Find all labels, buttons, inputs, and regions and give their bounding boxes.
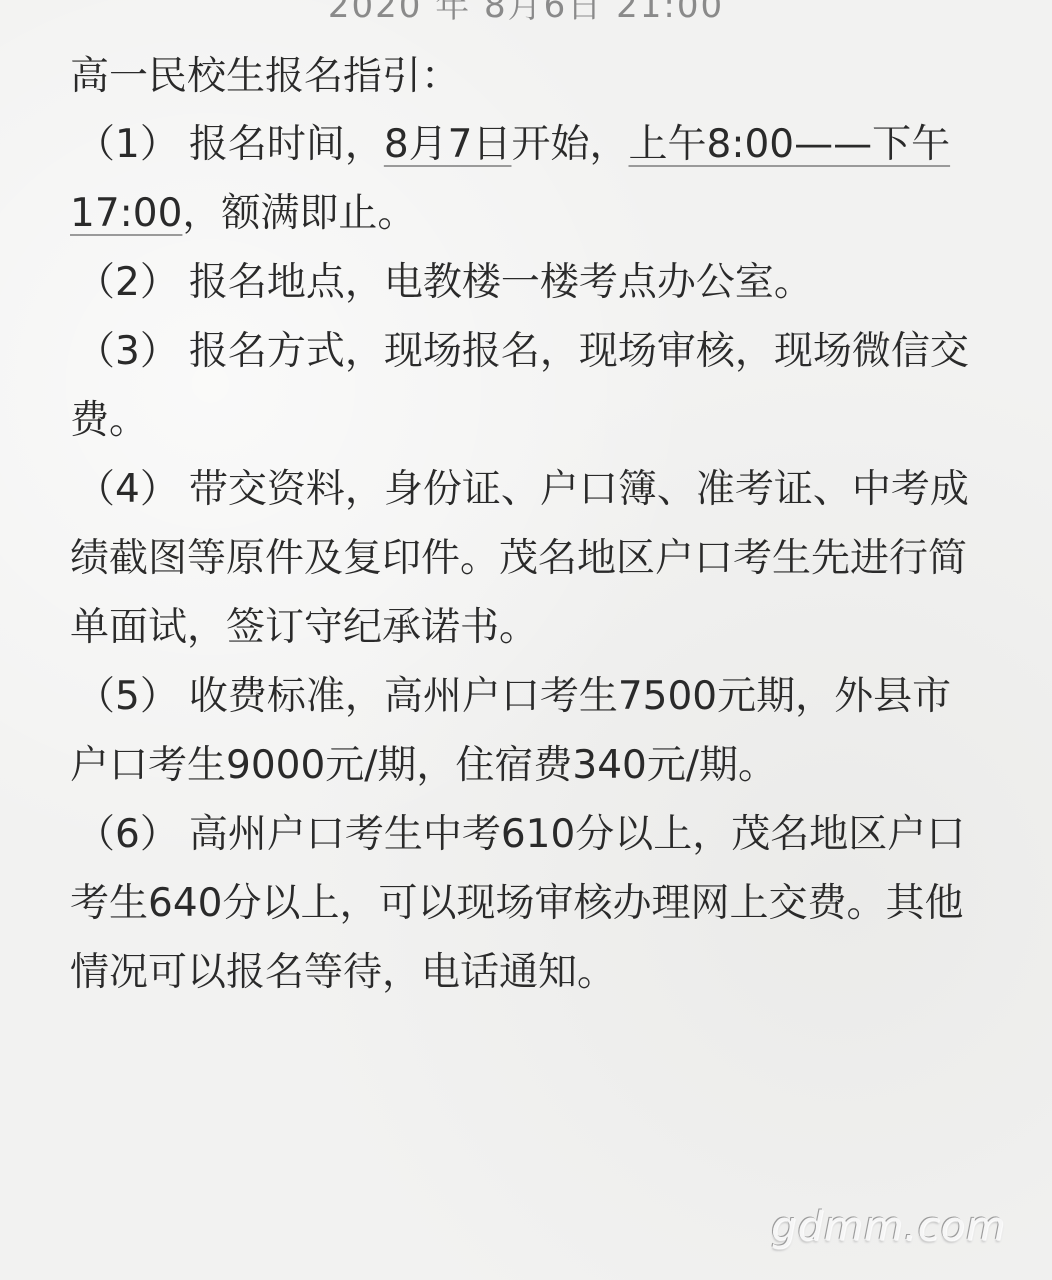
note-body: 高一民校生报名指引： （1）报名时间，8月7日开始，上午8:00——下午17:0…	[70, 44, 990, 1007]
item-text: 高州户口考生中考610分以上，茂名地区户口考生640分以上，可以现场审核办理网上…	[70, 812, 965, 995]
item-number: （1）	[70, 110, 179, 179]
item-text: 报名时间，	[189, 122, 384, 167]
item-text: 报名方式，现场报名，现场审核，现场微信交费。	[70, 329, 969, 443]
item-number: （4）	[70, 455, 179, 524]
list-item-required-documents: （4）带交资料，身份证、户口簿、准考证、中考成绩截图等原件及复印件。茂名地区户口…	[70, 455, 990, 662]
list-item-score-requirements: （6）高州户口考生中考610分以上，茂名地区户口考生640分以上，可以现场审核办…	[70, 800, 990, 1007]
item-text: 收费标准，高州户口考生7500元期，外县市户口考生9000元/期，住宿费340元…	[70, 674, 951, 788]
watermark-logo: gdmm.com	[771, 1204, 1006, 1250]
item-text: 开始，	[511, 122, 628, 167]
item-number: （2）	[70, 248, 179, 317]
item-number: （5）	[70, 662, 179, 731]
item-number: （6）	[70, 800, 179, 869]
list-item-fee-standard: （5）收费标准，高州户口考生7500元期，外县市户口考生9000元/期，住宿费3…	[70, 662, 990, 800]
item-number: （3）	[70, 317, 179, 386]
item-text: 报名地点，电教楼一楼考点办公室。	[189, 260, 813, 305]
list-item-registration-location: （2）报名地点，电教楼一楼考点办公室。	[70, 248, 990, 317]
item-text: ，额满即止。	[182, 191, 416, 236]
note-title: 高一民校生报名指引：	[70, 44, 990, 110]
note-timestamp: 2020 年 8月6日 21:00	[0, 0, 1052, 27]
list-item-registration-time: （1）报名时间，8月7日开始，上午8:00——下午17:00，额满即止。	[70, 110, 990, 248]
item-text: 带交资料，身份证、户口簿、准考证、中考成绩截图等原件及复印件。茂名地区户口考生先…	[70, 467, 969, 650]
list-item-registration-method: （3）报名方式，现场报名，现场审核，现场微信交费。	[70, 317, 990, 455]
date-link[interactable]: 8月7日	[384, 122, 512, 167]
